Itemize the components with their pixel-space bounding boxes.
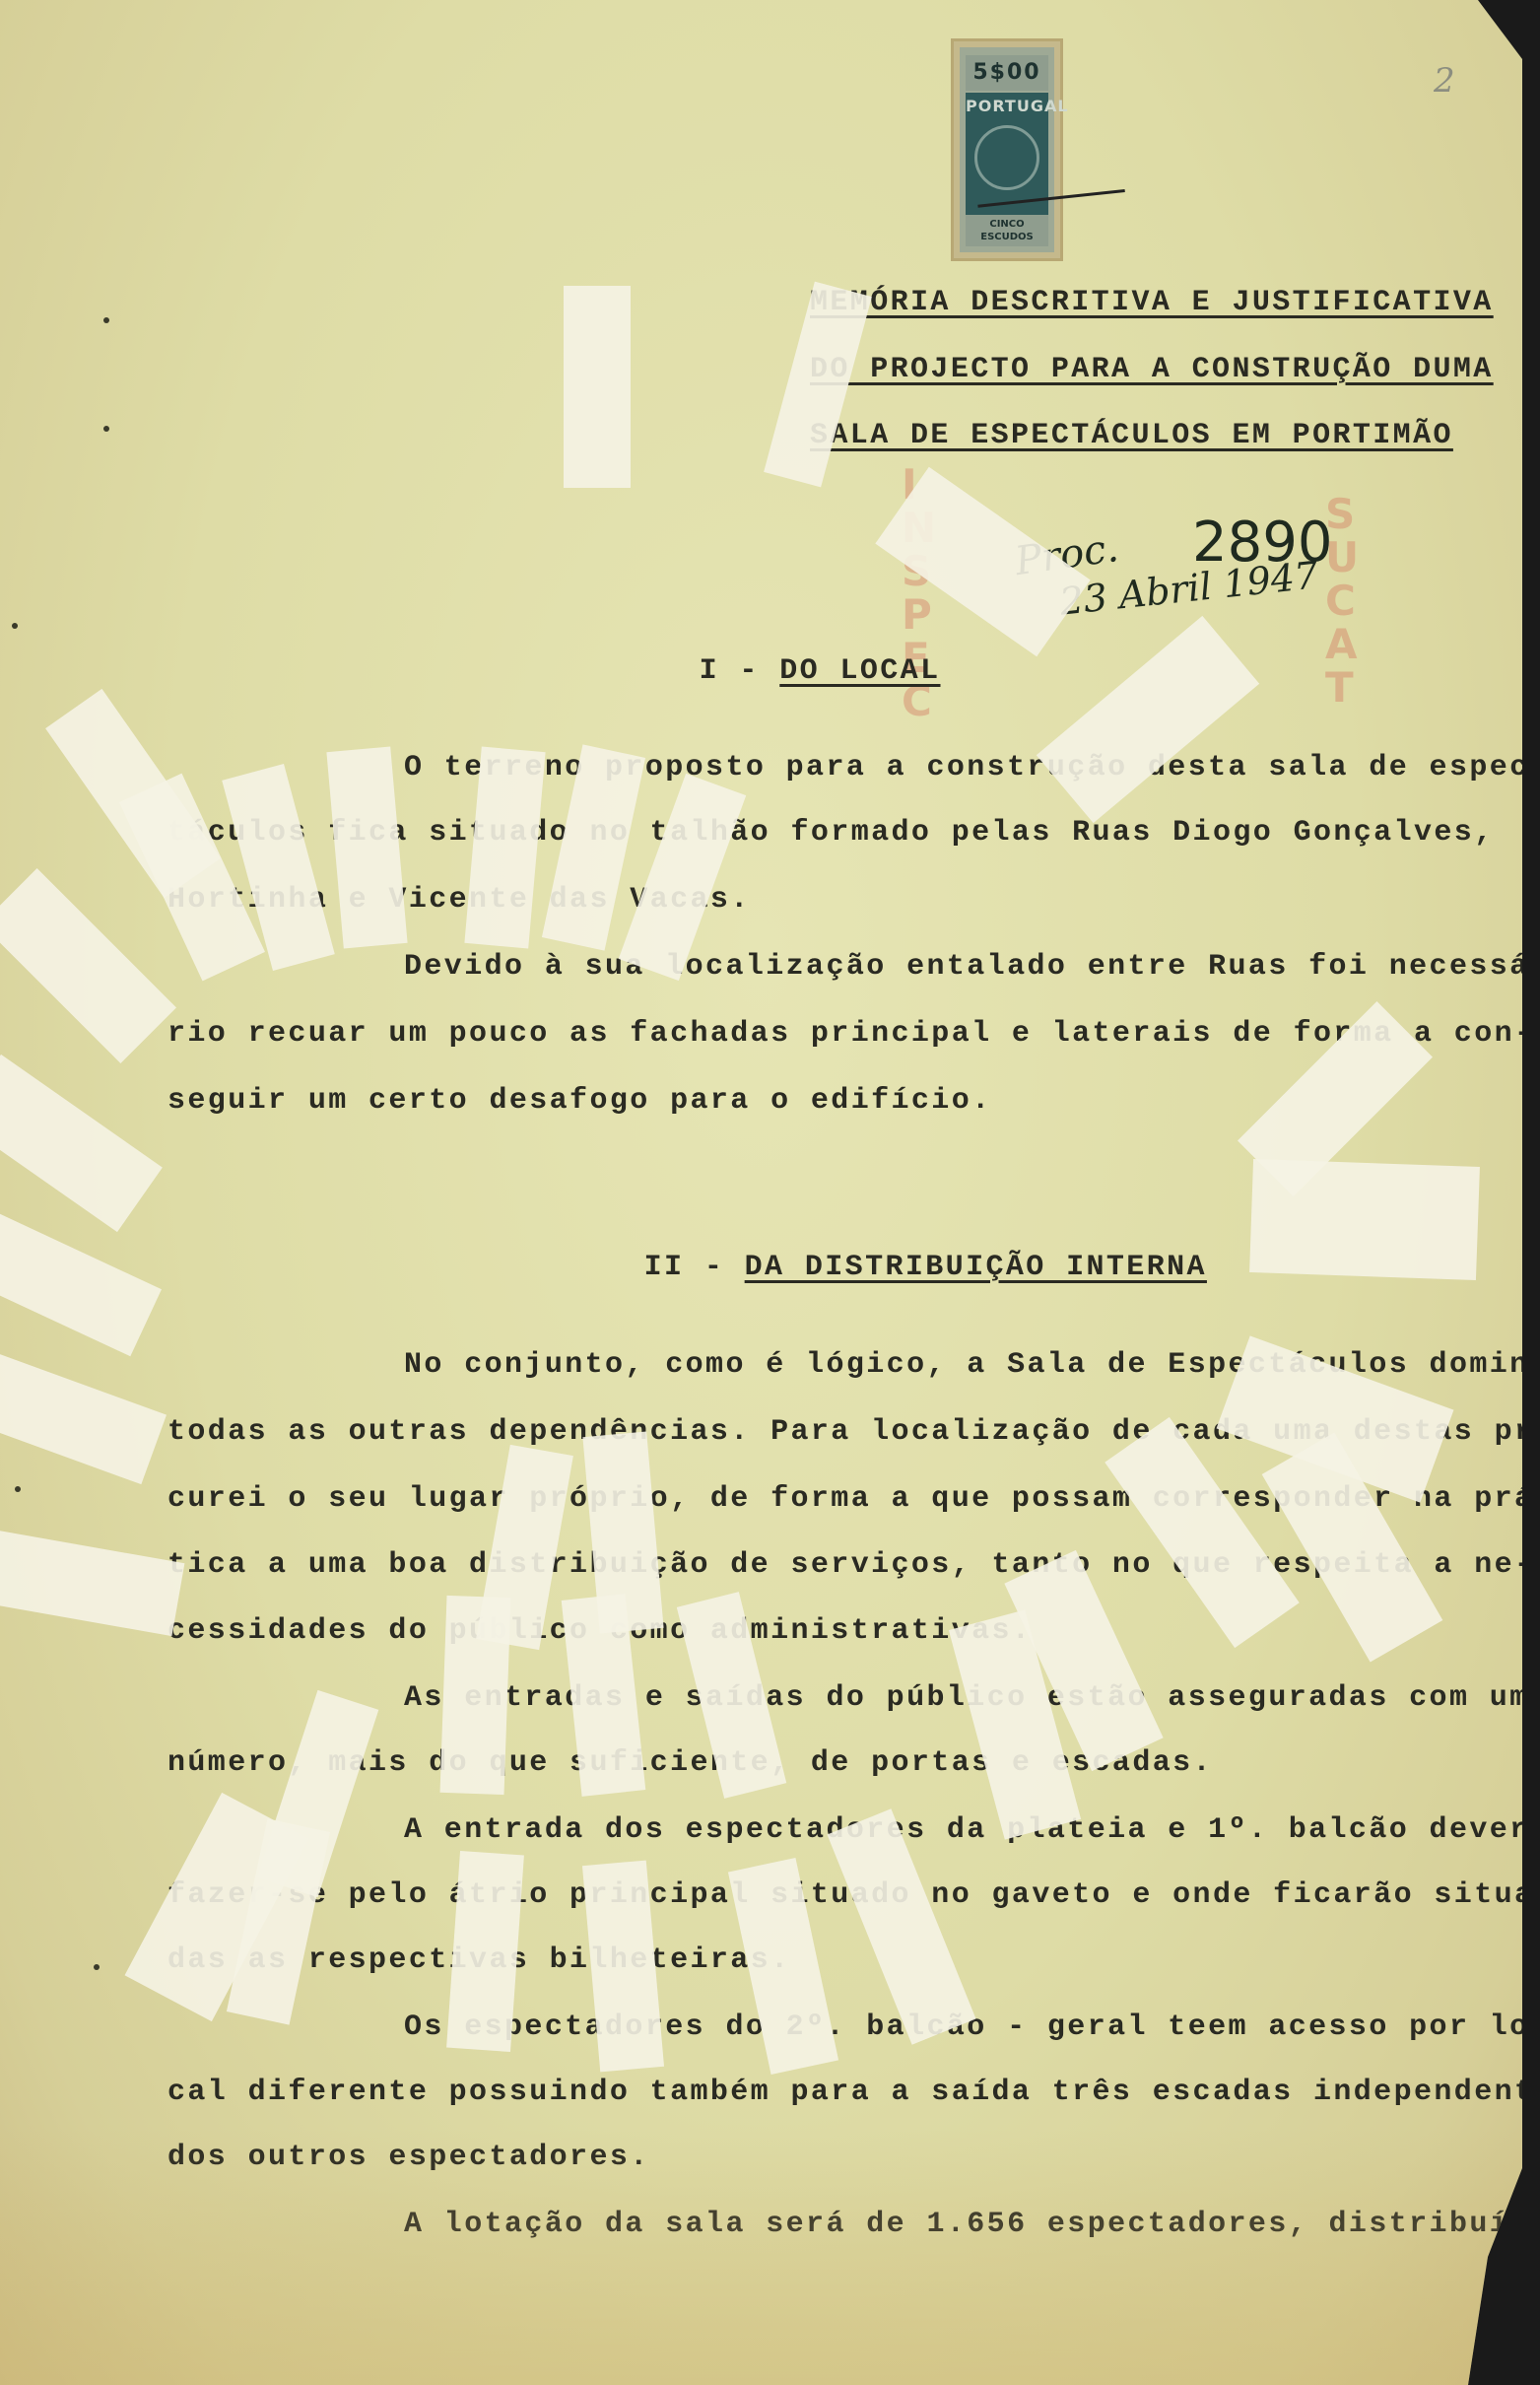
mask-strip <box>326 747 407 949</box>
title-line-3: SALA DE ESPECTÁCULOS EM PORTIMÃO <box>810 419 1453 452</box>
stamp-value: 5$00 <box>966 55 1048 91</box>
mask-strip <box>564 286 631 488</box>
mask-strip <box>0 1528 184 1636</box>
s2-p4-l2: cal diferente possuindo também para a sa… <box>167 2076 1540 2109</box>
document-page: 5$00 PORTUGAL CINCO ESCUDOS 2 MEMÓRIA DE… <box>0 0 1522 2385</box>
mask-strip <box>1037 616 1259 823</box>
s2-p4-l3: dos outros espectadores. <box>167 2141 650 2174</box>
s2-p3-l1: A entrada dos espectadores da plateia e … <box>404 1813 1540 1847</box>
binder-mark <box>94 1964 100 1970</box>
mask-strip <box>0 1344 167 1484</box>
binder-mark <box>12 623 18 629</box>
title-line-1: MEMÓRIA DESCRITIVA E JUSTIFICATIVA <box>810 286 1494 319</box>
s1-p2-l3: seguir um certo desafogo para o edifício… <box>167 1084 992 1118</box>
fiscal-stamp: 5$00 PORTUGAL CINCO ESCUDOS <box>954 41 1060 258</box>
mask-strip <box>0 1055 163 1232</box>
s2-p5-l1: A lotação da sala será de 1.656 espectad… <box>404 2208 1540 2241</box>
title-line-2: DO PROJECTO PARA A CONSTRUÇÃO DUMA <box>810 353 1494 386</box>
section-2-heading: II - DA DISTRIBUIÇÃO INTERNA <box>564 1217 1207 1318</box>
stamp-country: PORTUGAL <box>966 97 1048 115</box>
mask-strip <box>0 868 176 1063</box>
section-1-title: DO LOCAL <box>779 654 940 688</box>
binder-mark <box>15 1486 21 1492</box>
mask-strip <box>0 1206 162 1356</box>
s2-p1-l1: No conjunto, como é lógico, a Sala de Es… <box>404 1348 1540 1382</box>
section-2-title: DA DISTRIBUIÇÃO INTERNA <box>745 1251 1207 1284</box>
stamp-denomination: CINCO ESCUDOS <box>966 215 1048 246</box>
binder-mark <box>103 426 109 432</box>
mask-strip <box>45 689 221 898</box>
section-1-numeral: I - <box>700 654 760 688</box>
mask-strip <box>446 1851 524 2052</box>
section-1-heading: I - DO LOCAL <box>619 621 940 721</box>
binder-mark <box>103 317 109 323</box>
page-number: 2 <box>1434 61 1455 101</box>
mask-strip <box>1105 1417 1299 1648</box>
s1-p2-l2: rio recuar um pouco as fachadas principa… <box>167 1017 1534 1051</box>
section-2-numeral: II - <box>644 1251 725 1284</box>
s1-p2-l1: Devido à sua localização entalado entre … <box>404 950 1540 984</box>
mask-strip <box>440 1596 511 1795</box>
